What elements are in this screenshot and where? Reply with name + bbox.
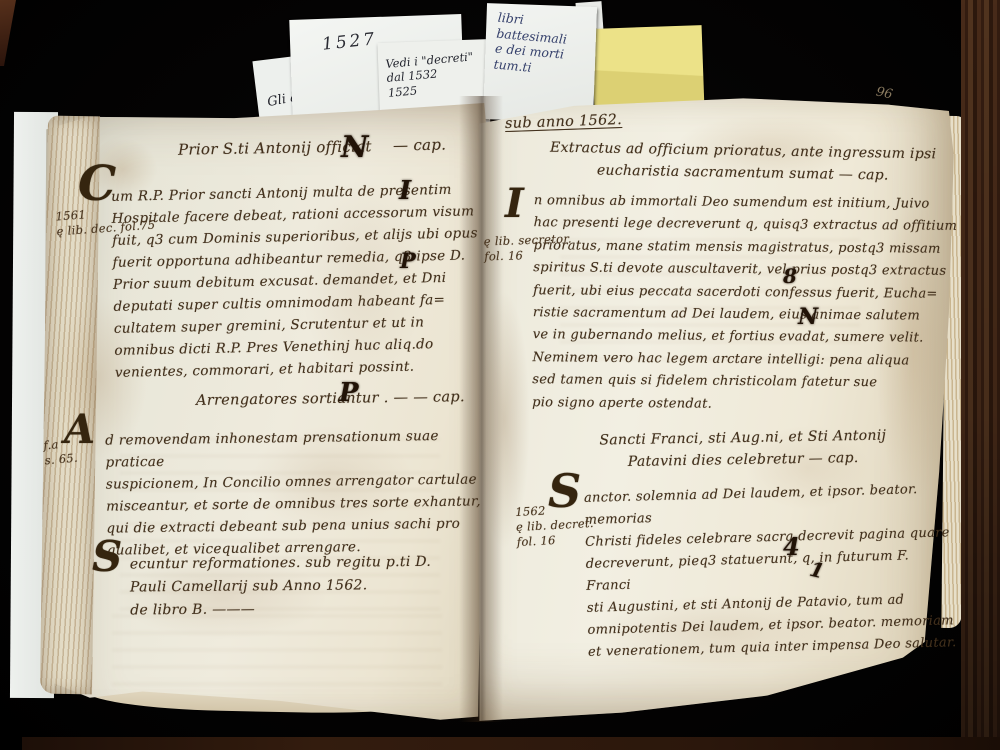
wood-table-edge-right (961, 0, 1000, 750)
margin-note: 1562 ę lib. decret. fol. 16 (515, 501, 595, 550)
paragraph: d removendam inhonestam prensationum sua… (105, 424, 487, 561)
wood-table-edge-bottom (22, 737, 1000, 750)
ink-blot: N (341, 130, 368, 165)
paragraph: anctor. solemnia ad Dei laudem, et ipsor… (584, 478, 960, 664)
sticky-note-text: 1527 (321, 29, 378, 56)
paragraph: n omnibus ab immortali Deo sumendum est … (532, 190, 958, 418)
ink-blot: 8 (783, 264, 797, 288)
wood-table-corner (0, 0, 16, 66)
paragraph: ecuntur reformationes. sub regitu p.ti D… (130, 551, 461, 623)
ink-blot: P (400, 248, 416, 273)
margin-note: f.a s. 65. (43, 436, 79, 469)
margin-note: ę lib. secretor. fol. 16 (484, 231, 573, 264)
sticky-note-text: libri battesimali e dei morti tum.ti (493, 10, 569, 78)
ink-blot: P (339, 378, 359, 408)
chapter-heading-cap: — cap. (393, 136, 447, 155)
sticky-note-text: Vedi i "decreti" dal 1532 1525 (385, 49, 476, 100)
ink-blot: N (798, 304, 818, 330)
ink-blot: I (399, 176, 411, 206)
chapter-heading: Extractus ad officium prioratus, ante in… (548, 137, 939, 188)
drop-cap: I (505, 184, 524, 224)
chapter-heading: Sancti Franci, sti Aug.ni, et Sti Antoni… (548, 424, 939, 475)
manuscript-photo: Gli altri 1527 Vedi i "decreti" dal 1532… (0, 0, 1000, 750)
drop-cap: S (92, 536, 122, 578)
ink-blot: 4 (783, 532, 800, 561)
paragraph: um R.P. Prior sancti Antonij multa de pr… (111, 178, 487, 384)
yellow-sticky-note (592, 25, 705, 111)
page-number: 96 (875, 84, 894, 102)
